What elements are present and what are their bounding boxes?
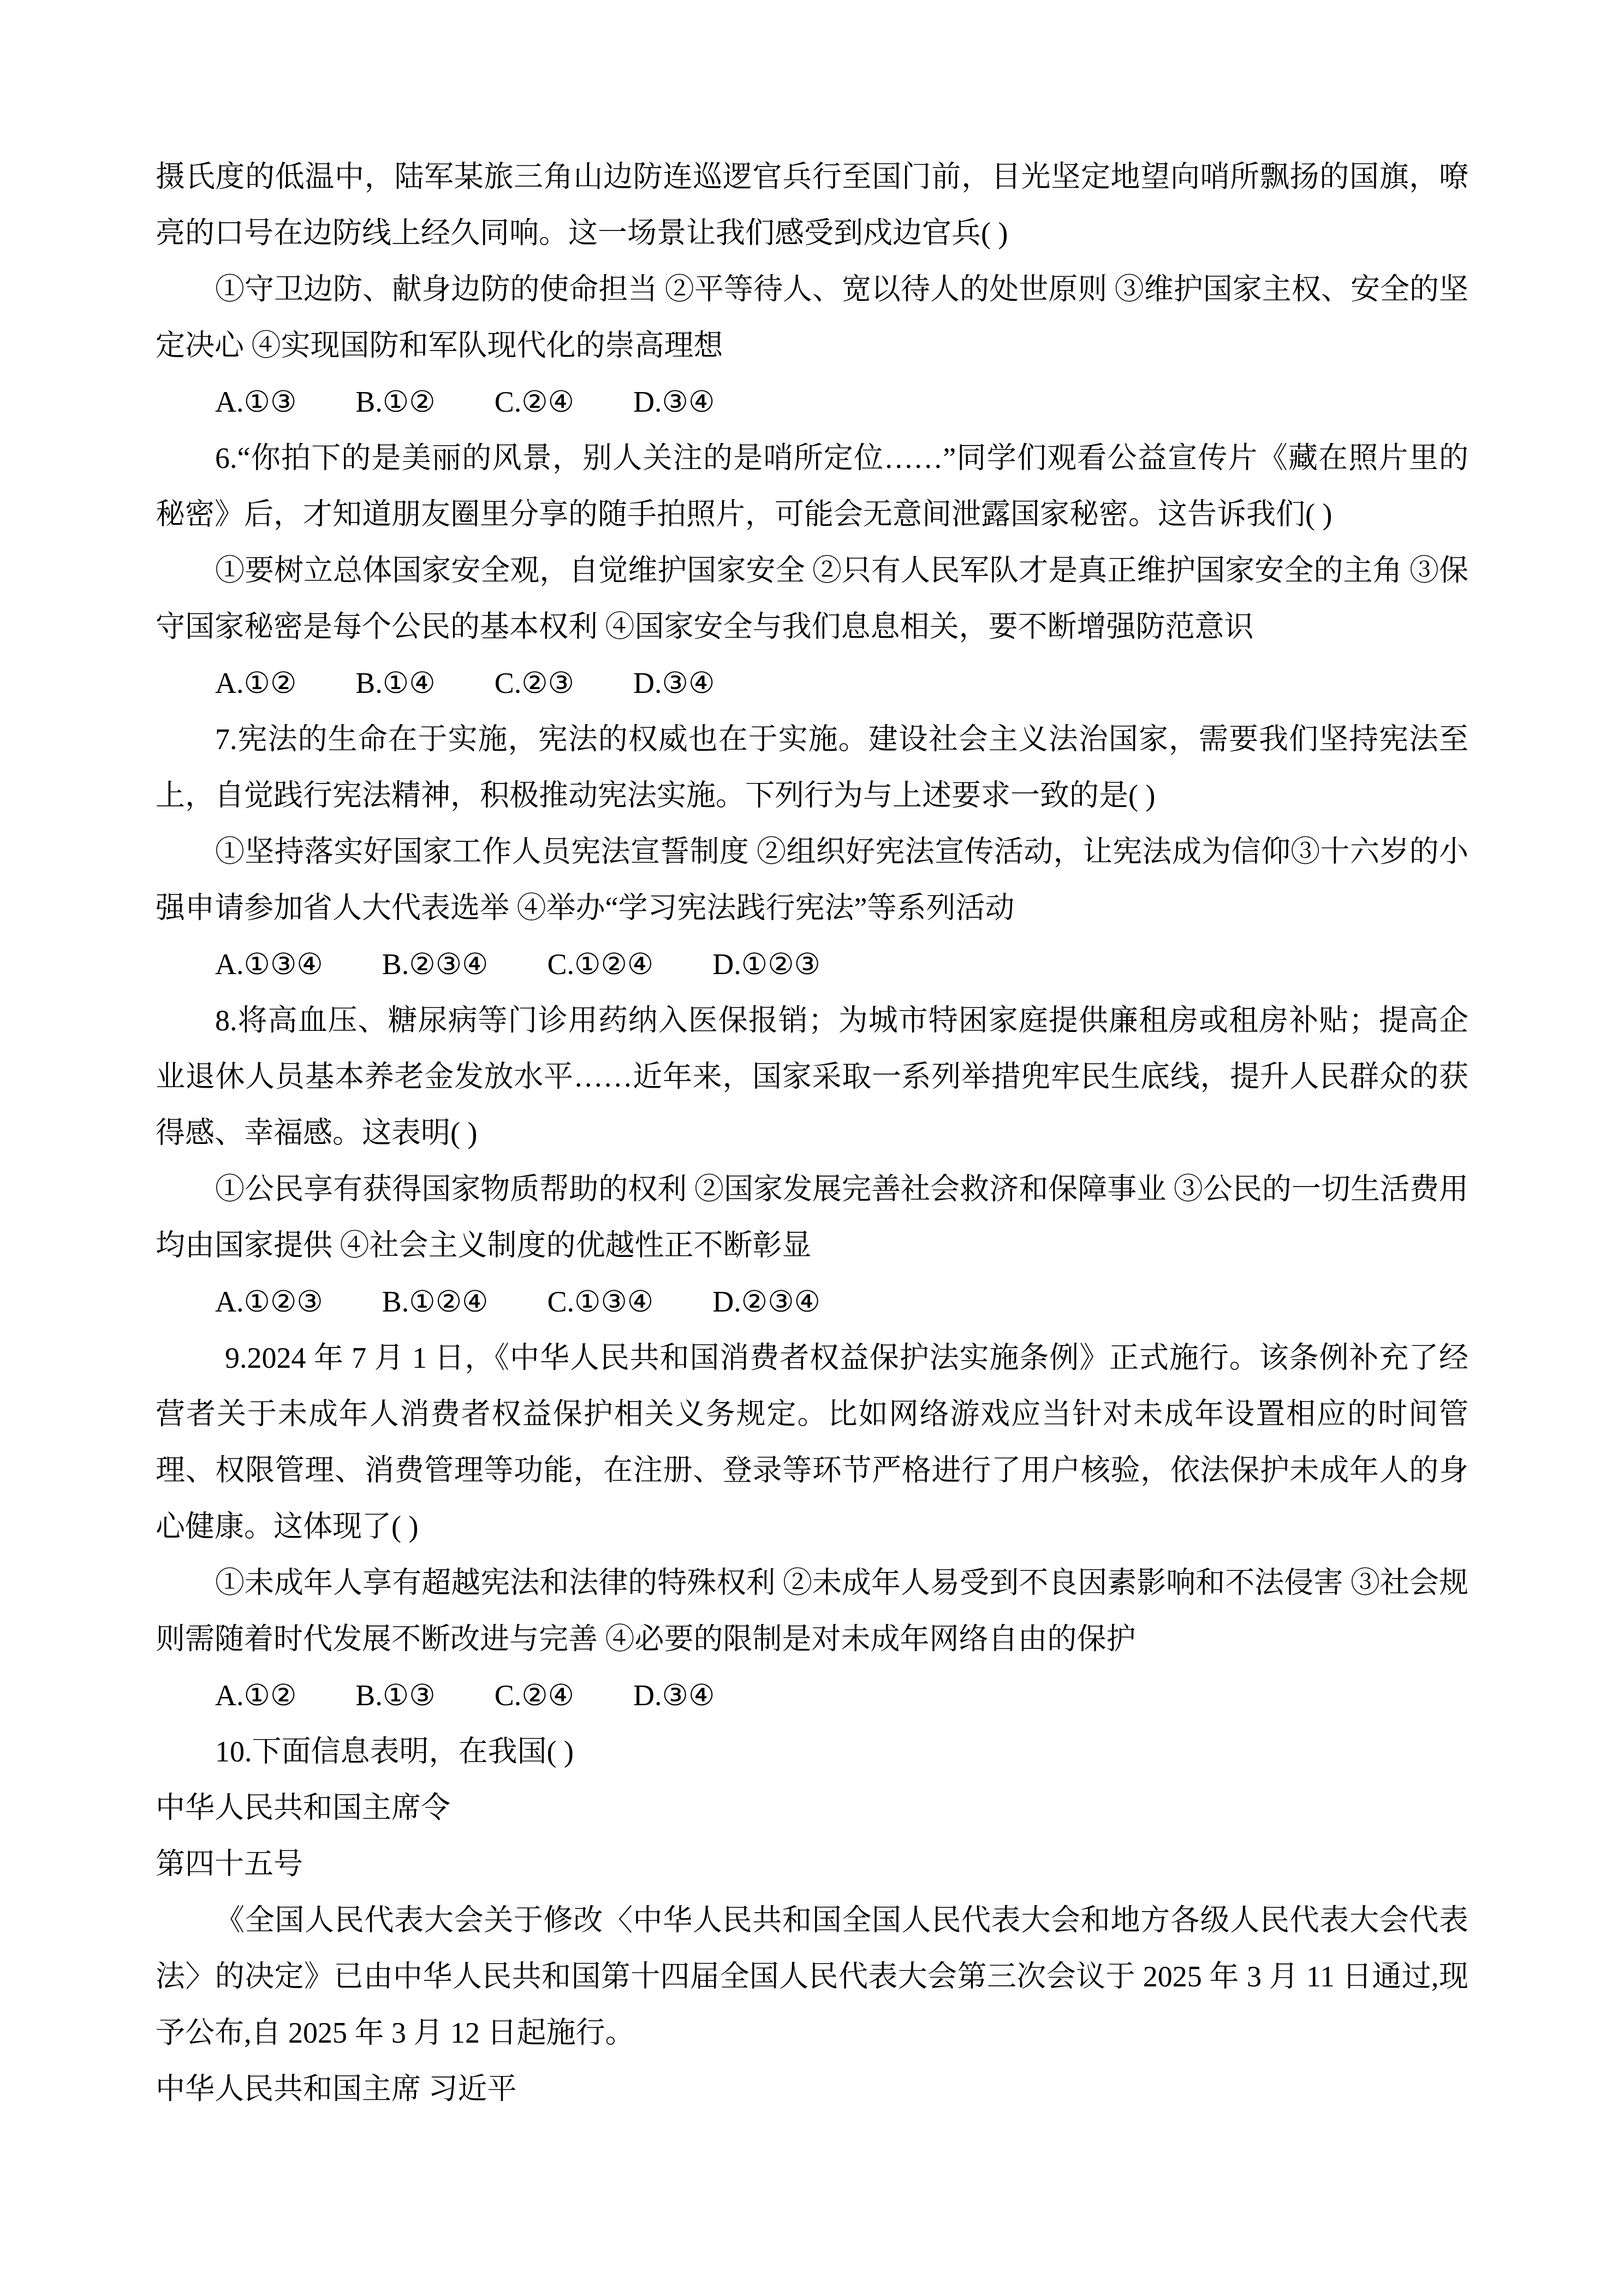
q8-option-a: A.①②③: [215, 1285, 323, 1318]
decree-number: 第四十五号: [156, 1836, 1468, 1892]
q7-stem: 7.宪法的生命在于实施，宪法的权威也在于实施。建设社会主义法治国家，需要我们坚持…: [156, 711, 1468, 824]
q6-stem: 6.“你拍下的是美丽的风景，别人关注的是哨所定位……”同学们观看公益宣传片《藏在…: [156, 430, 1468, 543]
q9-option-d: D.③④: [633, 1679, 715, 1712]
q7-option-b: B.②③④: [382, 948, 489, 981]
q9-option-c: C.②④: [495, 1679, 574, 1712]
q5-option-b: B.①②: [355, 385, 435, 418]
q6-answer-row: A.①②B.①④C.②③D.③④: [156, 655, 1468, 711]
q8-stem: 8.将高血压、糖尿病等门诊用药纳入医保报销；为城市特困家庭提供廉租房或租房补贴；…: [156, 993, 1468, 1161]
q5-choice-items: ①守卫边防、献身边防的使命担当 ②平等待人、宽以待人的处世原则 ③维护国家主权、…: [156, 262, 1468, 374]
q7-choice-items: ①坚持落实好国家工作人员宪法宣誓制度 ②组织好宪法宣传活动，让宪法成为信仰③十六…: [156, 824, 1468, 936]
q9-stem: 9.2024 年 7 月 1 日，《中华人民共和国消费者权益保护法实施条例》正式…: [156, 1330, 1468, 1555]
q6-option-b: B.①④: [355, 667, 435, 699]
q8-option-d: D.②③④: [712, 1285, 820, 1318]
decree-signature: 中华人民共和国主席 习近平: [156, 2061, 1468, 2117]
q6-option-d: D.③④: [633, 667, 715, 699]
q9-option-a: A.①②: [215, 1679, 296, 1712]
q10-stem: 10.下面信息表明，在我国( ): [156, 1724, 1468, 1780]
q5-option-c: C.②④: [495, 385, 574, 418]
exam-page: 摄氏度的低温中，陆军某旅三角山边防连巡逻官兵行至国门前，目光坚定地望向哨所飘扬的…: [0, 0, 1624, 2296]
q8-choice-items: ①公民享有获得国家物质帮助的权利 ②国家发展完善社会救济和保障事业 ③公民的一切…: [156, 1161, 1468, 1274]
q8-answer-row: A.①②③B.①②④C.①③④D.②③④: [156, 1274, 1468, 1330]
q8-option-b: B.①②④: [382, 1285, 489, 1318]
q5-option-d: D.③④: [633, 385, 715, 418]
q9-option-b: B.①③: [355, 1679, 435, 1712]
q9-answer-row: A.①②B.①③C.②④D.③④: [156, 1668, 1468, 1724]
q7-option-a: A.①③④: [215, 948, 323, 981]
q6-option-c: C.②③: [495, 667, 574, 699]
q6-choice-items: ①要树立总体国家安全观，自觉维护国家安全 ②只有人民军队才是真正维护国家安全的主…: [156, 543, 1468, 655]
decree-body: 《全国人民代表大会关于修改〈中华人民共和国全国人民代表大会和地方各级人民代表大会…: [156, 1892, 1468, 2061]
q9-choice-items: ①未成年人享有超越宪法和法律的特殊权利 ②未成年人易受到不良因素影响和不法侵害 …: [156, 1555, 1468, 1668]
q7-answer-row: A.①③④B.②③④C.①②④D.①②③: [156, 936, 1468, 993]
q5-stem-continuation: 摄氏度的低温中，陆军某旅三角山边防连巡逻官兵行至国门前，目光坚定地望向哨所飘扬的…: [156, 149, 1468, 262]
q7-option-c: C.①②④: [547, 948, 653, 981]
decree-title: 中华人民共和国主席令: [156, 1780, 1468, 1836]
q8-option-c: C.①③④: [547, 1285, 653, 1318]
q7-option-d: D.①②③: [712, 948, 820, 981]
q6-option-a: A.①②: [215, 667, 296, 699]
q5-answer-row: A.①③B.①②C.②④D.③④: [156, 374, 1468, 430]
q5-option-a: A.①③: [215, 385, 296, 418]
